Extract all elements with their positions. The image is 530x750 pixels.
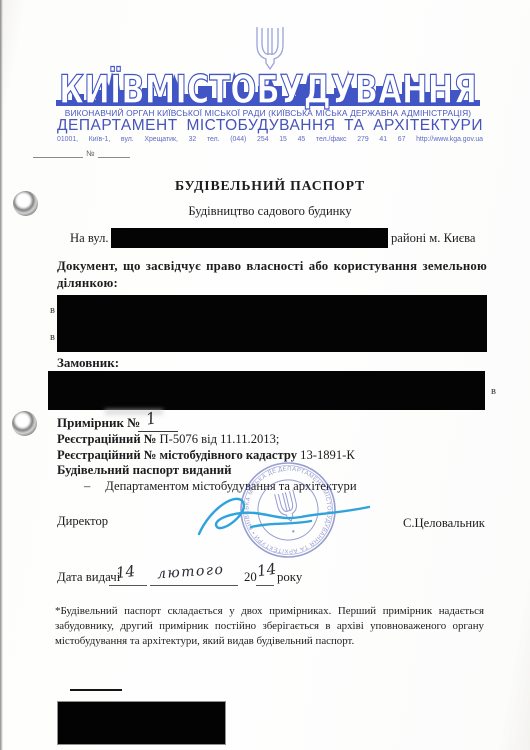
day-underline xyxy=(109,585,147,586)
redaction-land-document xyxy=(57,295,487,352)
department-word: ТА xyxy=(344,118,364,134)
header-address-line: 01001, Київ-1, вул. Хрещатик, 32 тел. (0… xyxy=(57,136,483,144)
redaction-edge-char: в xyxy=(50,332,55,343)
logo-text: КИЇВМІСТОБУДУВАННЯ xyxy=(59,66,477,110)
department-word: АРХІТЕКТУРИ xyxy=(373,118,483,134)
redaction-edge-char: в xyxy=(50,305,55,316)
reference-number-row: № xyxy=(33,147,130,158)
handwritten-month: лютого xyxy=(157,562,225,583)
street-prefix: На вул. xyxy=(70,231,109,246)
document-subtitle: Будівництво садового будинку xyxy=(57,204,483,219)
hole-punch-bottom xyxy=(12,411,37,436)
signature-ink xyxy=(193,487,373,542)
dash: – xyxy=(84,479,90,494)
street-suffix: районі м. Києва xyxy=(391,231,476,246)
month-underline xyxy=(150,585,238,586)
scan-edge-shadow xyxy=(0,0,3,750)
text-remnant-line xyxy=(70,689,122,691)
customer-label: Замовник: xyxy=(57,355,119,370)
kyivmistobuduvannia-logo: КИЇВМІСТОБУДУВАННЯ xyxy=(56,62,480,110)
issue-date-label: Дата видачі xyxy=(57,570,120,585)
department-word: МІСТОБУДУВАННЯ xyxy=(186,118,335,134)
handwritten-day: 14 xyxy=(115,562,136,582)
handwritten-year: 14 xyxy=(256,560,278,581)
director-label: Директор xyxy=(57,514,108,529)
land-document-label: Документ, що засвідчує право власності а… xyxy=(57,258,487,291)
number-sign: № xyxy=(86,149,95,158)
scanned-building-passport-page: КИЇВМІСТОБУДУВАННЯ ВИКОНАВЧИЙ ОРГАН КИЇВ… xyxy=(0,0,530,750)
registration-value: П-5076 від 11.11.2013; xyxy=(160,432,280,446)
year-underline xyxy=(256,585,274,586)
blank-line xyxy=(33,147,83,158)
redaction-edge-char: в xyxy=(491,386,496,397)
director-name: С.Целовальник xyxy=(403,516,485,531)
cadastre-label: Реєстраційний № містобудівного кадастру xyxy=(57,448,297,462)
redaction-street-name xyxy=(111,228,388,248)
registration-label: Реєстраційний № xyxy=(57,432,156,446)
redaction-customer xyxy=(48,371,485,410)
document-title: БУДІВЕЛЬНИЙ ПАСПОРТ xyxy=(57,178,483,194)
copy-number-label: Примірник № xyxy=(57,415,140,430)
registration-line: Реєстраційний № П-5076 від 11.11.2013; xyxy=(57,432,279,447)
header-department-line: ДЕПАРТАМЕНТ МІСТОБУДУВАННЯ ТА АРХІТЕКТУР… xyxy=(57,118,483,134)
department-word: ДЕПАРТАМЕНТ xyxy=(57,118,178,134)
blank-line xyxy=(98,147,130,158)
issued-label: Будівельний паспорт виданий xyxy=(57,463,232,478)
footnote: *Будівельний паспорт складається у двох … xyxy=(55,604,484,648)
year-prefix: 20 xyxy=(244,570,257,585)
hole-punch-top xyxy=(13,191,38,216)
year-word: року xyxy=(277,570,302,585)
redaction-bottom-block xyxy=(57,701,226,745)
